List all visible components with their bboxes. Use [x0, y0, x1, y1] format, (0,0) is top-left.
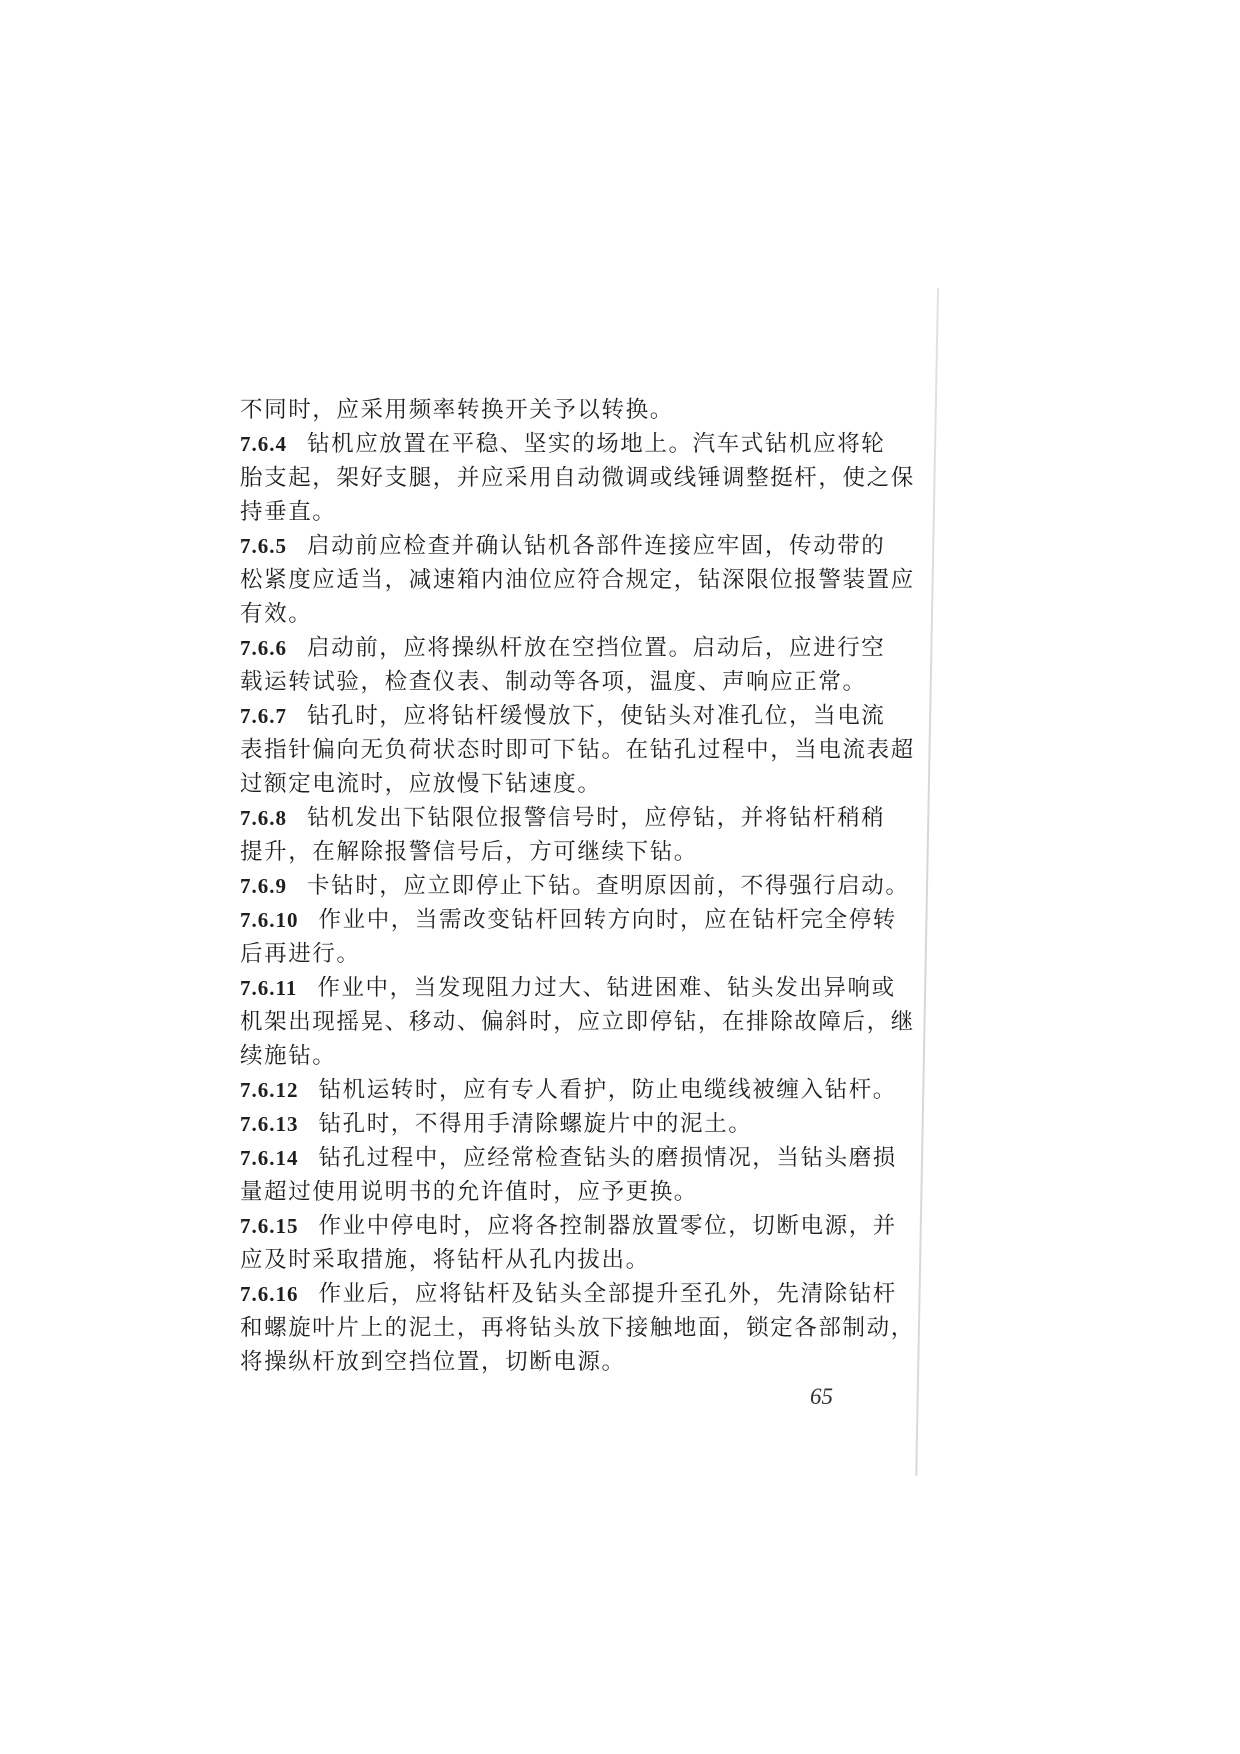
- text-line: 胎支起，架好支腿，并应采用自动微调或线锤调整挺杆，使之保: [240, 461, 846, 495]
- clause-number: 7.6.4: [240, 427, 287, 461]
- clause-number: 7.6.15: [240, 1209, 299, 1243]
- clause-number: 7.6.14: [240, 1141, 299, 1175]
- text-line: 持垂直。: [240, 495, 846, 529]
- text-line: 将操纵杆放到空挡位置，切断电源。: [240, 1345, 846, 1379]
- text-line: 7.6.5启动前应检查并确认钻机各部件连接应牢固，传动带的: [240, 529, 846, 563]
- line-text: 钻机发出下钻限位报警信号时，应停钻，并将钻杆稍稍: [307, 805, 885, 831]
- clause-number: 7.6.5: [240, 529, 287, 563]
- text-line: 7.6.4钻机应放置在平稳、坚实的场地上。汽车式钻机应将轮: [240, 427, 846, 461]
- line-text: 钻孔时，不得用手清除螺旋片中的泥土。: [319, 1111, 753, 1137]
- text-line: 续施钻。: [240, 1039, 846, 1073]
- document-body: 不同时，应采用频率转换开关予以转换。 7.6.4钻机应放置在平稳、坚实的场地上。…: [240, 393, 846, 1379]
- page-number: 65: [810, 1384, 833, 1410]
- text-line: 应及时采取措施，将钻杆从孔内拔出。: [240, 1243, 846, 1277]
- text-line: 机架出现摇晃、移动、偏斜时，应立即停钻，在排除故障后，继: [240, 1005, 846, 1039]
- line-text: 作业中，当需改变钻杆回转方向时，应在钻杆完全停转: [319, 907, 897, 933]
- clause-number: 7.6.12: [240, 1073, 299, 1107]
- line-text: 载运转试验，检查仪表、制动等各项，温度、声响应正常。: [240, 669, 867, 695]
- text-line: 7.6.16作业后，应将钻杆及钻头全部提升至孔外，先清除钻杆: [240, 1277, 846, 1311]
- line-text: 钻孔时，应将钻杆缓慢放下，使钻头对准孔位，当电流: [307, 703, 885, 729]
- clause-number: 7.6.13: [240, 1107, 299, 1141]
- line-text: 胎支起，架好支腿，并应采用自动微调或线锤调整挺杆，使之保: [240, 465, 915, 491]
- line-text: 后再进行。: [240, 941, 361, 967]
- clause-number: 7.6.6: [240, 631, 287, 665]
- line-text: 和螺旋叶片上的泥土，再将钻头放下接触地面，锁定各部制动，: [240, 1315, 915, 1341]
- text-line: 和螺旋叶片上的泥土，再将钻头放下接触地面，锁定各部制动，: [240, 1311, 846, 1345]
- text-line: 松紧度应适当，减速箱内油位应符合规定，钻深限位报警装置应: [240, 563, 846, 597]
- text-line: 量超过使用说明书的允许值时，应予更换。: [240, 1175, 846, 1209]
- text-line: 7.6.7钻孔时，应将钻杆缓慢放下，使钻头对准孔位，当电流: [240, 699, 846, 733]
- line-text: 应及时采取措施，将钻杆从孔内拔出。: [240, 1247, 650, 1273]
- line-text: 续施钻。: [240, 1043, 336, 1069]
- line-text: 量超过使用说明书的允许值时，应予更换。: [240, 1179, 698, 1205]
- clause-number: 7.6.7: [240, 699, 287, 733]
- line-text: 不同时，应采用频率转换开关予以转换。: [240, 397, 674, 423]
- clause-number: 7.6.11: [240, 971, 297, 1005]
- text-line: 后再进行。: [240, 937, 846, 971]
- text-line: 不同时，应采用频率转换开关予以转换。: [240, 393, 846, 427]
- line-text: 作业后，应将钻杆及钻头全部提升至孔外，先清除钻杆: [319, 1281, 897, 1307]
- text-line: 7.6.11作业中，当发现阻力过大、钻进困难、钻头发出异响或: [240, 971, 846, 1005]
- text-line: 7.6.6启动前，应将操纵杆放在空挡位置。启动后，应进行空: [240, 631, 846, 665]
- line-text: 机架出现摇晃、移动、偏斜时，应立即停钻，在排除故障后，继: [240, 1009, 915, 1035]
- line-text: 钻机应放置在平稳、坚实的场地上。汽车式钻机应将轮: [307, 431, 885, 457]
- text-line: 7.6.13钻孔时，不得用手清除螺旋片中的泥土。: [240, 1107, 846, 1141]
- text-line: 过额定电流时，应放慢下钻速度。: [240, 767, 846, 801]
- line-text: 作业中停电时，应将各控制器放置零位，切断电源，并: [319, 1213, 897, 1239]
- line-text: 有效。: [240, 601, 312, 627]
- line-text: 提升，在解除报警信号后，方可继续下钻。: [240, 839, 698, 865]
- line-text: 松紧度应适当，减速箱内油位应符合规定，钻深限位报警装置应: [240, 567, 915, 593]
- text-line: 有效。: [240, 597, 846, 631]
- line-text: 钻孔过程中，应经常检查钻头的磨损情况，当钻头磨损: [319, 1145, 897, 1171]
- clause-number: 7.6.8: [240, 801, 287, 835]
- line-text: 卡钻时，应立即停止下钻。查明原因前，不得强行启动。: [307, 873, 910, 899]
- text-line: 7.6.14钻孔过程中，应经常检查钻头的磨损情况，当钻头磨损: [240, 1141, 846, 1175]
- text-line: 7.6.10作业中，当需改变钻杆回转方向时，应在钻杆完全停转: [240, 903, 846, 937]
- text-line: 7.6.15作业中停电时，应将各控制器放置零位，切断电源，并: [240, 1209, 846, 1243]
- line-text: 启动前应检查并确认钻机各部件连接应牢固，传动带的: [307, 533, 885, 559]
- clause-number: 7.6.10: [240, 903, 299, 937]
- text-line: 表指针偏向无负荷状态时即可下钻。在钻孔过程中，当电流表超: [240, 733, 846, 767]
- line-text: 将操纵杆放到空挡位置，切断电源。: [240, 1349, 626, 1375]
- clause-number: 7.6.16: [240, 1277, 299, 1311]
- text-line: 7.6.8钻机发出下钻限位报警信号时，应停钻，并将钻杆稍稍: [240, 801, 846, 835]
- page-edge-line: [915, 288, 938, 1476]
- line-text: 持垂直。: [240, 499, 336, 525]
- text-line: 载运转试验，检查仪表、制动等各项，温度、声响应正常。: [240, 665, 846, 699]
- line-text: 钻机运转时，应有专人看护，防止电缆线被缠入钻杆。: [319, 1077, 897, 1103]
- clause-number: 7.6.9: [240, 869, 287, 903]
- line-text: 过额定电流时，应放慢下钻速度。: [240, 771, 602, 797]
- line-text: 作业中，当发现阻力过大、钻进困难、钻头发出异响或: [317, 975, 895, 1001]
- line-text: 表指针偏向无负荷状态时即可下钻。在钻孔过程中，当电流表超: [240, 737, 915, 763]
- text-line: 7.6.9卡钻时，应立即停止下钻。查明原因前，不得强行启动。: [240, 869, 846, 903]
- text-line: 7.6.12钻机运转时，应有专人看护，防止电缆线被缠入钻杆。: [240, 1073, 846, 1107]
- line-text: 启动前，应将操纵杆放在空挡位置。启动后，应进行空: [307, 635, 885, 661]
- text-line: 提升，在解除报警信号后，方可继续下钻。: [240, 835, 846, 869]
